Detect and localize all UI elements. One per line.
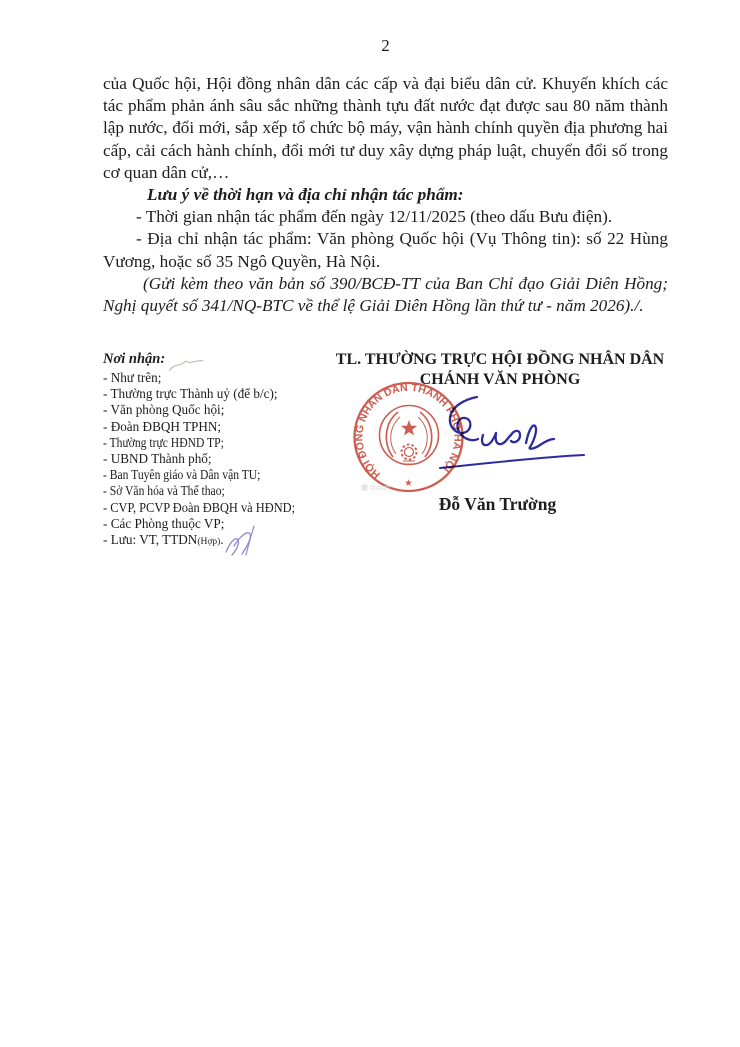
recipient-item: - CVP, PCVP Đoàn ĐBQH và HĐND;	[103, 500, 347, 516]
recipient-item: - Thường trực HĐND TP;	[103, 435, 332, 451]
luu-text: - Lưu: VT, TTDN	[103, 532, 197, 547]
recipient-item: - Ban Tuyên giáo và Dân vận TU;	[103, 467, 332, 483]
scanner-artifact	[361, 483, 395, 493]
authority-line: TL. THƯỜNG TRỰC HỘI ĐỒNG NHÂN DÂN	[330, 350, 670, 370]
stamp-bottom-star: ★	[404, 478, 413, 489]
recipient-item: - UBND Thành phố;	[103, 451, 363, 467]
recipient-item: - Đoàn ĐBQH TPHN;	[103, 419, 363, 435]
stamp-star-emblem	[401, 420, 417, 435]
recipient-item: - Sở Văn hóa và Thể thao;	[103, 483, 332, 499]
attachment-note: (Gửi kèm theo văn bản số 390/BCĐ-TT của …	[103, 273, 668, 317]
luu-typist-initials: (Hợp)	[197, 537, 220, 547]
document-body: của Quốc hội, Hội đồng nhân dân các cấp …	[103, 73, 668, 317]
recipient-item: - Thường trực Thành uỷ (để b/c);	[103, 386, 363, 402]
address-line: - Địa chỉ nhận tác phẩm: Văn phòng Quốc …	[103, 228, 668, 272]
notice-heading: Lưu ý về thời hạn và địa chỉ nhận tác ph…	[103, 184, 668, 206]
recipient-item: - Văn phòng Quốc hội;	[103, 402, 363, 418]
handwritten-initial-icon	[220, 522, 264, 562]
body-paragraph: của Quốc hội, Hội đồng nhân dân các cấp …	[103, 73, 668, 184]
recipients-label: Nơi nhận:	[103, 351, 363, 368]
recipient-item: - Như trên;	[103, 370, 363, 386]
pencil-annotation-icon	[167, 356, 207, 372]
deadline-line: - Thời gian nhận tác phẩm đến ngày 12/11…	[103, 206, 668, 228]
recipients-block: Nơi nhận: - Như trên; - Thường trực Thàn…	[103, 351, 363, 550]
handwritten-signature-icon	[420, 386, 600, 481]
page-number: 2	[103, 36, 668, 56]
signer-name: Đỗ Văn Trường	[330, 494, 665, 515]
document-page: 2 của Quốc hội, Hội đồng nhân dân các cấ…	[0, 0, 740, 1047]
